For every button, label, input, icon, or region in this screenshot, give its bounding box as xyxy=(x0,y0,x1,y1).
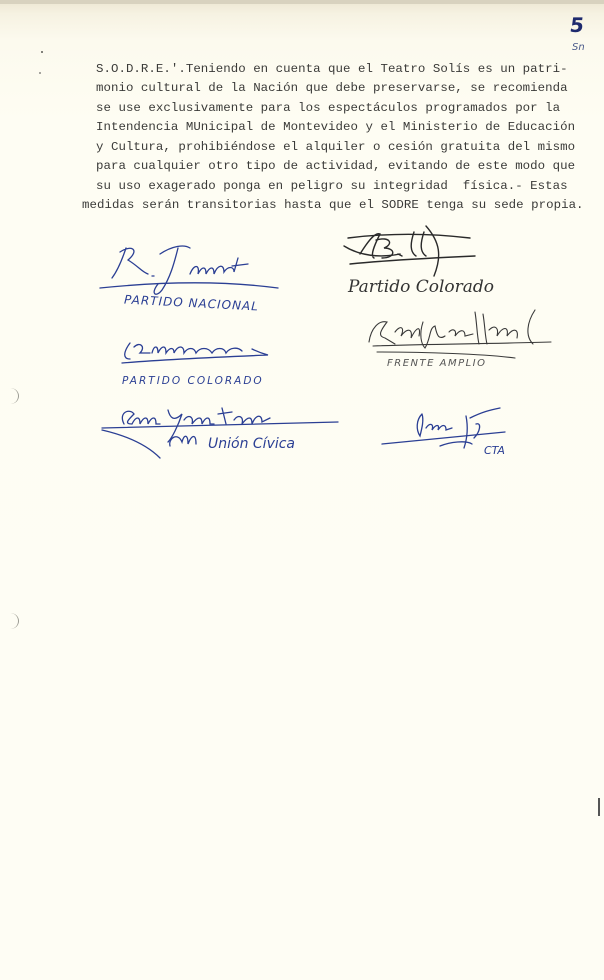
paper-speck xyxy=(39,72,41,74)
paragraph-line: y Cultura, prohibiéndose el alquiler o c… xyxy=(96,140,575,154)
signature-scribble xyxy=(340,226,490,281)
signature-scribble xyxy=(98,402,378,464)
signature-partido-colorado-1: Partido Colorado xyxy=(340,226,490,286)
page-subnumber: Sn xyxy=(572,42,585,53)
paragraph-line: medidas serán transitorias hasta que el … xyxy=(82,198,584,212)
paragraph-line: Intendencia MUnicipal de Montevideo y el… xyxy=(96,120,575,134)
signature-cta: CTA xyxy=(380,406,530,471)
signature-partido-colorado-2: PARTIDO COLORADO xyxy=(120,337,280,374)
paragraph-line: S.O.D.R.E.'.Teniendo en cuenta que el Te… xyxy=(96,62,568,76)
signature-scribble xyxy=(380,406,530,466)
party-label: Partido Colorado xyxy=(348,277,494,297)
paragraph-line: para cualquier otro tipo de actividad, e… xyxy=(96,159,575,173)
signature-union-civica: Unión Cívica xyxy=(98,402,378,469)
party-label: Unión Cívica xyxy=(208,436,295,452)
party-label: CTA xyxy=(484,444,505,457)
signature-scribble xyxy=(120,337,280,369)
page-number: 5 xyxy=(568,13,585,37)
party-label: FRENTE AMPLIO xyxy=(387,358,487,369)
paragraph-line: se use exclusivamente para los espectácu… xyxy=(96,101,560,115)
punch-hole-mark xyxy=(2,388,19,404)
signature-partido-nacional: PARTIDO NACIONAL xyxy=(98,238,298,313)
punch-hole-mark xyxy=(2,613,19,629)
paragraph-line: su uso exagerado ponga en peligro su int… xyxy=(96,179,568,193)
page-top-edge xyxy=(0,0,604,4)
margin-mark xyxy=(598,798,600,816)
paragraph-line: monio cultural de la Nación que debe pre… xyxy=(96,81,568,95)
party-label: PARTIDO COLORADO xyxy=(122,375,264,387)
paper-speck xyxy=(41,51,43,53)
signature-frente-amplio: FRENTE AMPLIO xyxy=(365,308,555,373)
document-page: 5 Sn S.O.D.R.E.'.Teniendo en cuenta que … xyxy=(0,0,604,980)
